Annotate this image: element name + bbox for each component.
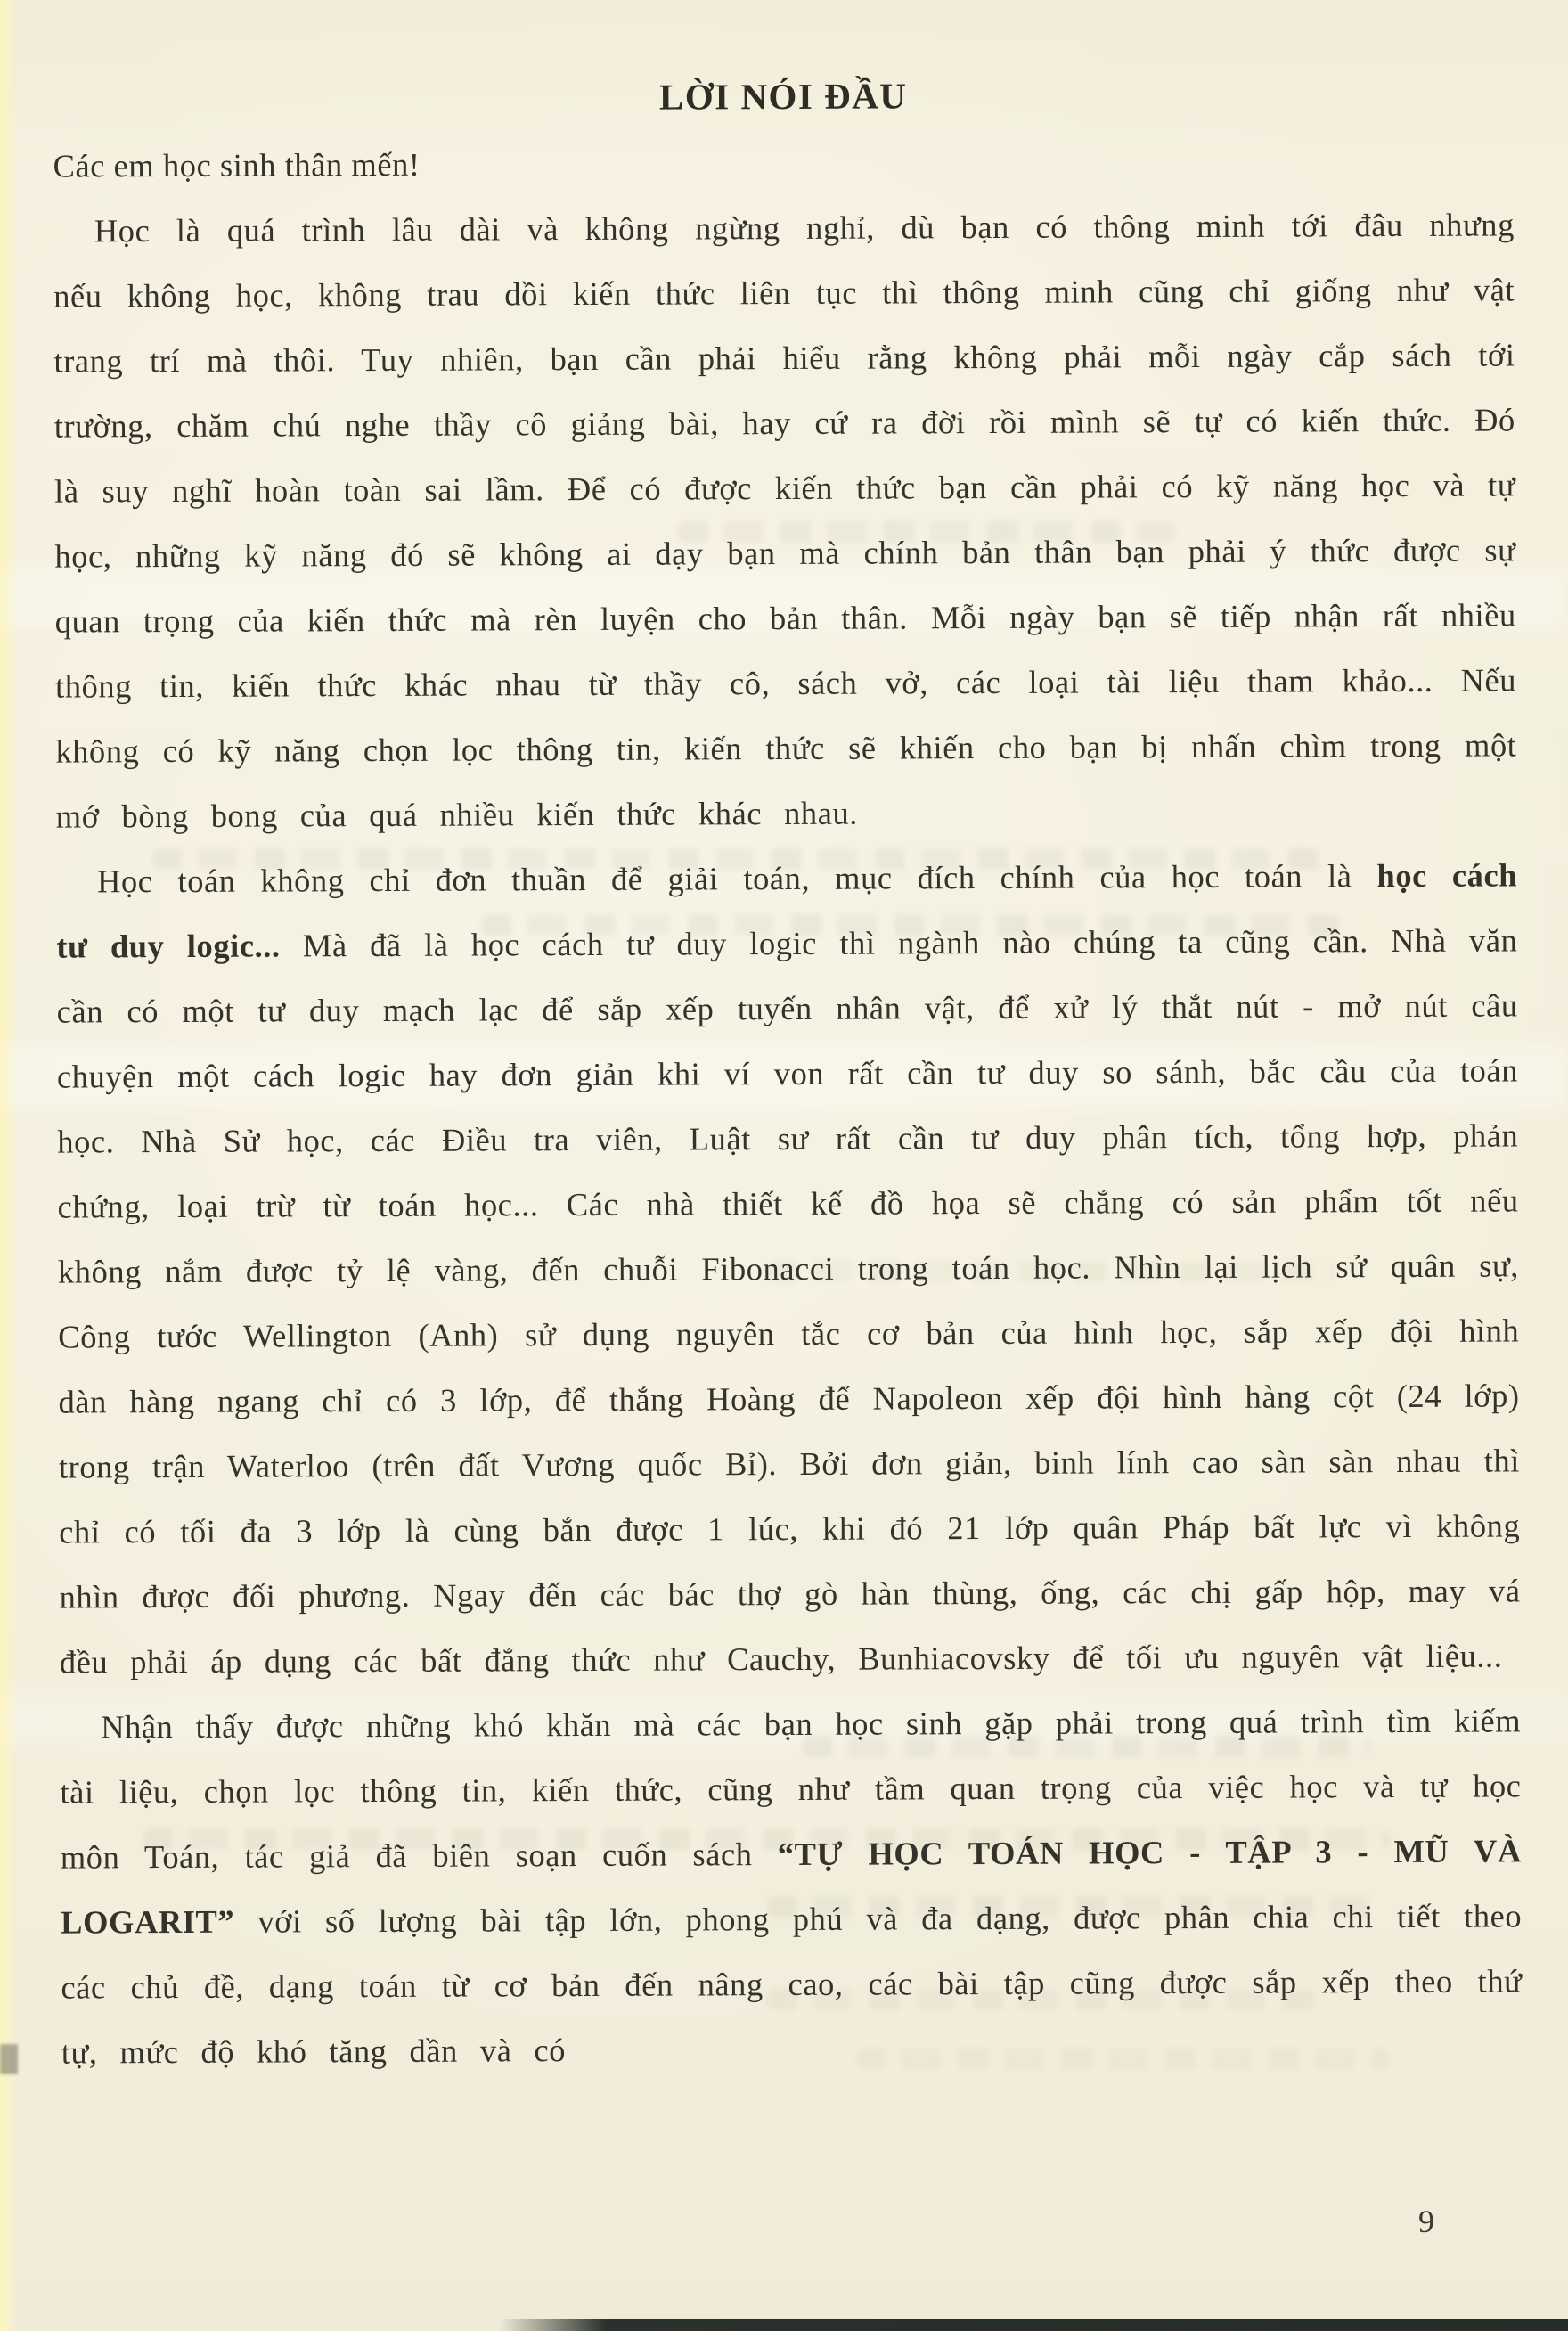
scan-edge-notch: [0, 2044, 18, 2074]
paragraphs: Học là quá trình lâu dài và không ngừng …: [53, 192, 1523, 2084]
text-segment: Học toán không chỉ đơn thuần để giải toá…: [97, 857, 1377, 899]
text-segment: với số lượng bài tập lớn, phong phú và đ…: [61, 1897, 1522, 2070]
scan-left-edge: [0, 0, 16, 2331]
text-segment: Học là quá trình lâu dài và không ngừng …: [53, 206, 1516, 834]
page-content: LỜI NÓI ĐẦU Các em học sinh thân mến! Họ…: [53, 71, 1523, 2084]
salutation-line: Các em học sinh thân mến!: [53, 127, 1514, 198]
scan-bottom-shadow: [499, 2319, 1568, 2331]
text-segment: Mà đã là học cách tư duy logic thì ngành…: [57, 921, 1521, 1680]
paragraph: Học là quá trình lâu dài và không ngừng …: [53, 192, 1517, 848]
scanned-book-page: LỜI NÓI ĐẦU Các em học sinh thân mến! Họ…: [0, 0, 1568, 2331]
page-title: LỜI NÓI ĐẦU: [53, 71, 1514, 120]
paragraph: Học toán không chỉ đơn thuần để giải toá…: [56, 842, 1521, 1694]
paragraph: Nhận thấy được những khó khăn mà các bạn…: [60, 1688, 1523, 2084]
page-number: 9: [1418, 2203, 1434, 2240]
